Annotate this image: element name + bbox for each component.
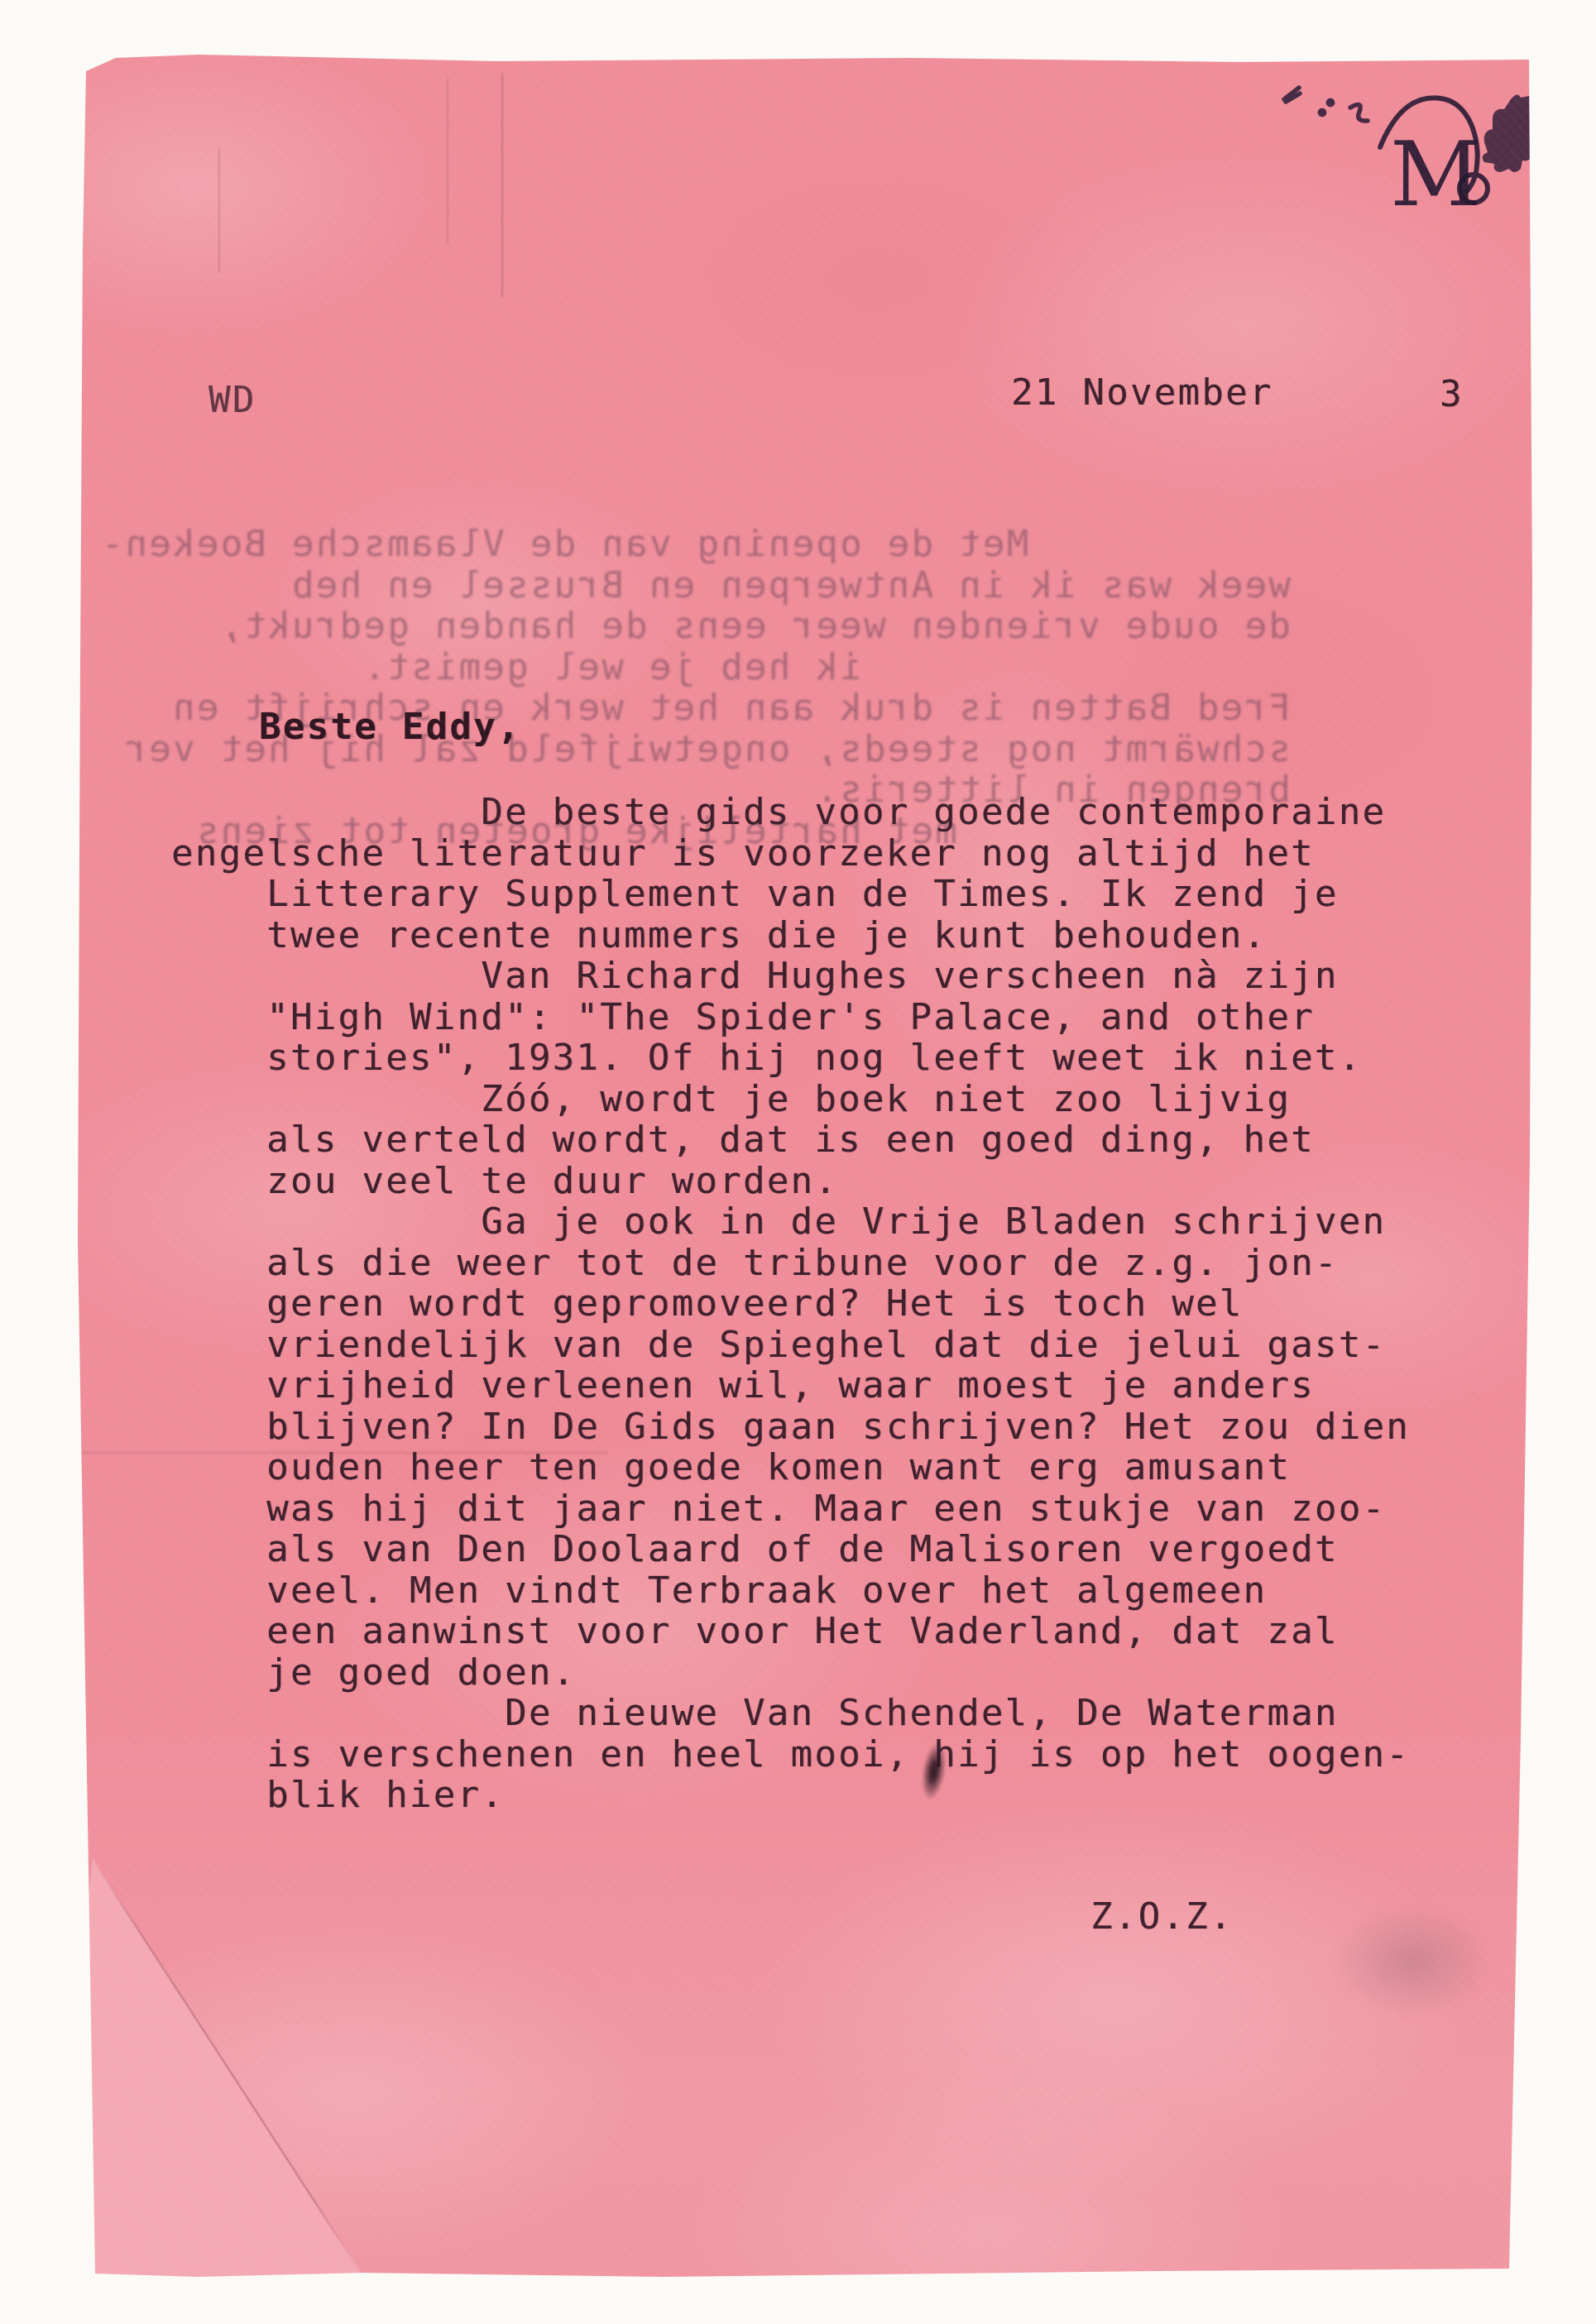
paper-crease	[218, 149, 220, 273]
paper-sheet: Met de opening van de Vlaamsche Boeken- …	[0, 0, 1596, 2324]
lion-figure	[1483, 94, 1539, 172]
paper-crease	[79, 1452, 608, 1454]
pencil-smudge	[1316, 1886, 1531, 2035]
monogram-m-stamp: M	[1274, 71, 1551, 220]
monogram-letter: M	[1390, 123, 1482, 220]
scanned-letter-page: { "colors": { "background": "#fbfaf6", "…	[0, 0, 1596, 2324]
letter-date: 21 November	[1011, 375, 1273, 411]
pen-marks	[1284, 88, 1368, 121]
fold-crease	[91, 1858, 362, 2274]
page-number: 3	[1440, 376, 1464, 413]
paper-crease	[447, 79, 448, 244]
typist-initials: WD	[208, 382, 256, 419]
turn-over-note: Z.O.Z.	[1090, 1899, 1234, 1935]
letter-body: De beste gids voor goede contemporaine e…	[171, 792, 1410, 1816]
paper-crease	[501, 73, 503, 298]
salutation: Beste Eddy,	[259, 709, 521, 745]
